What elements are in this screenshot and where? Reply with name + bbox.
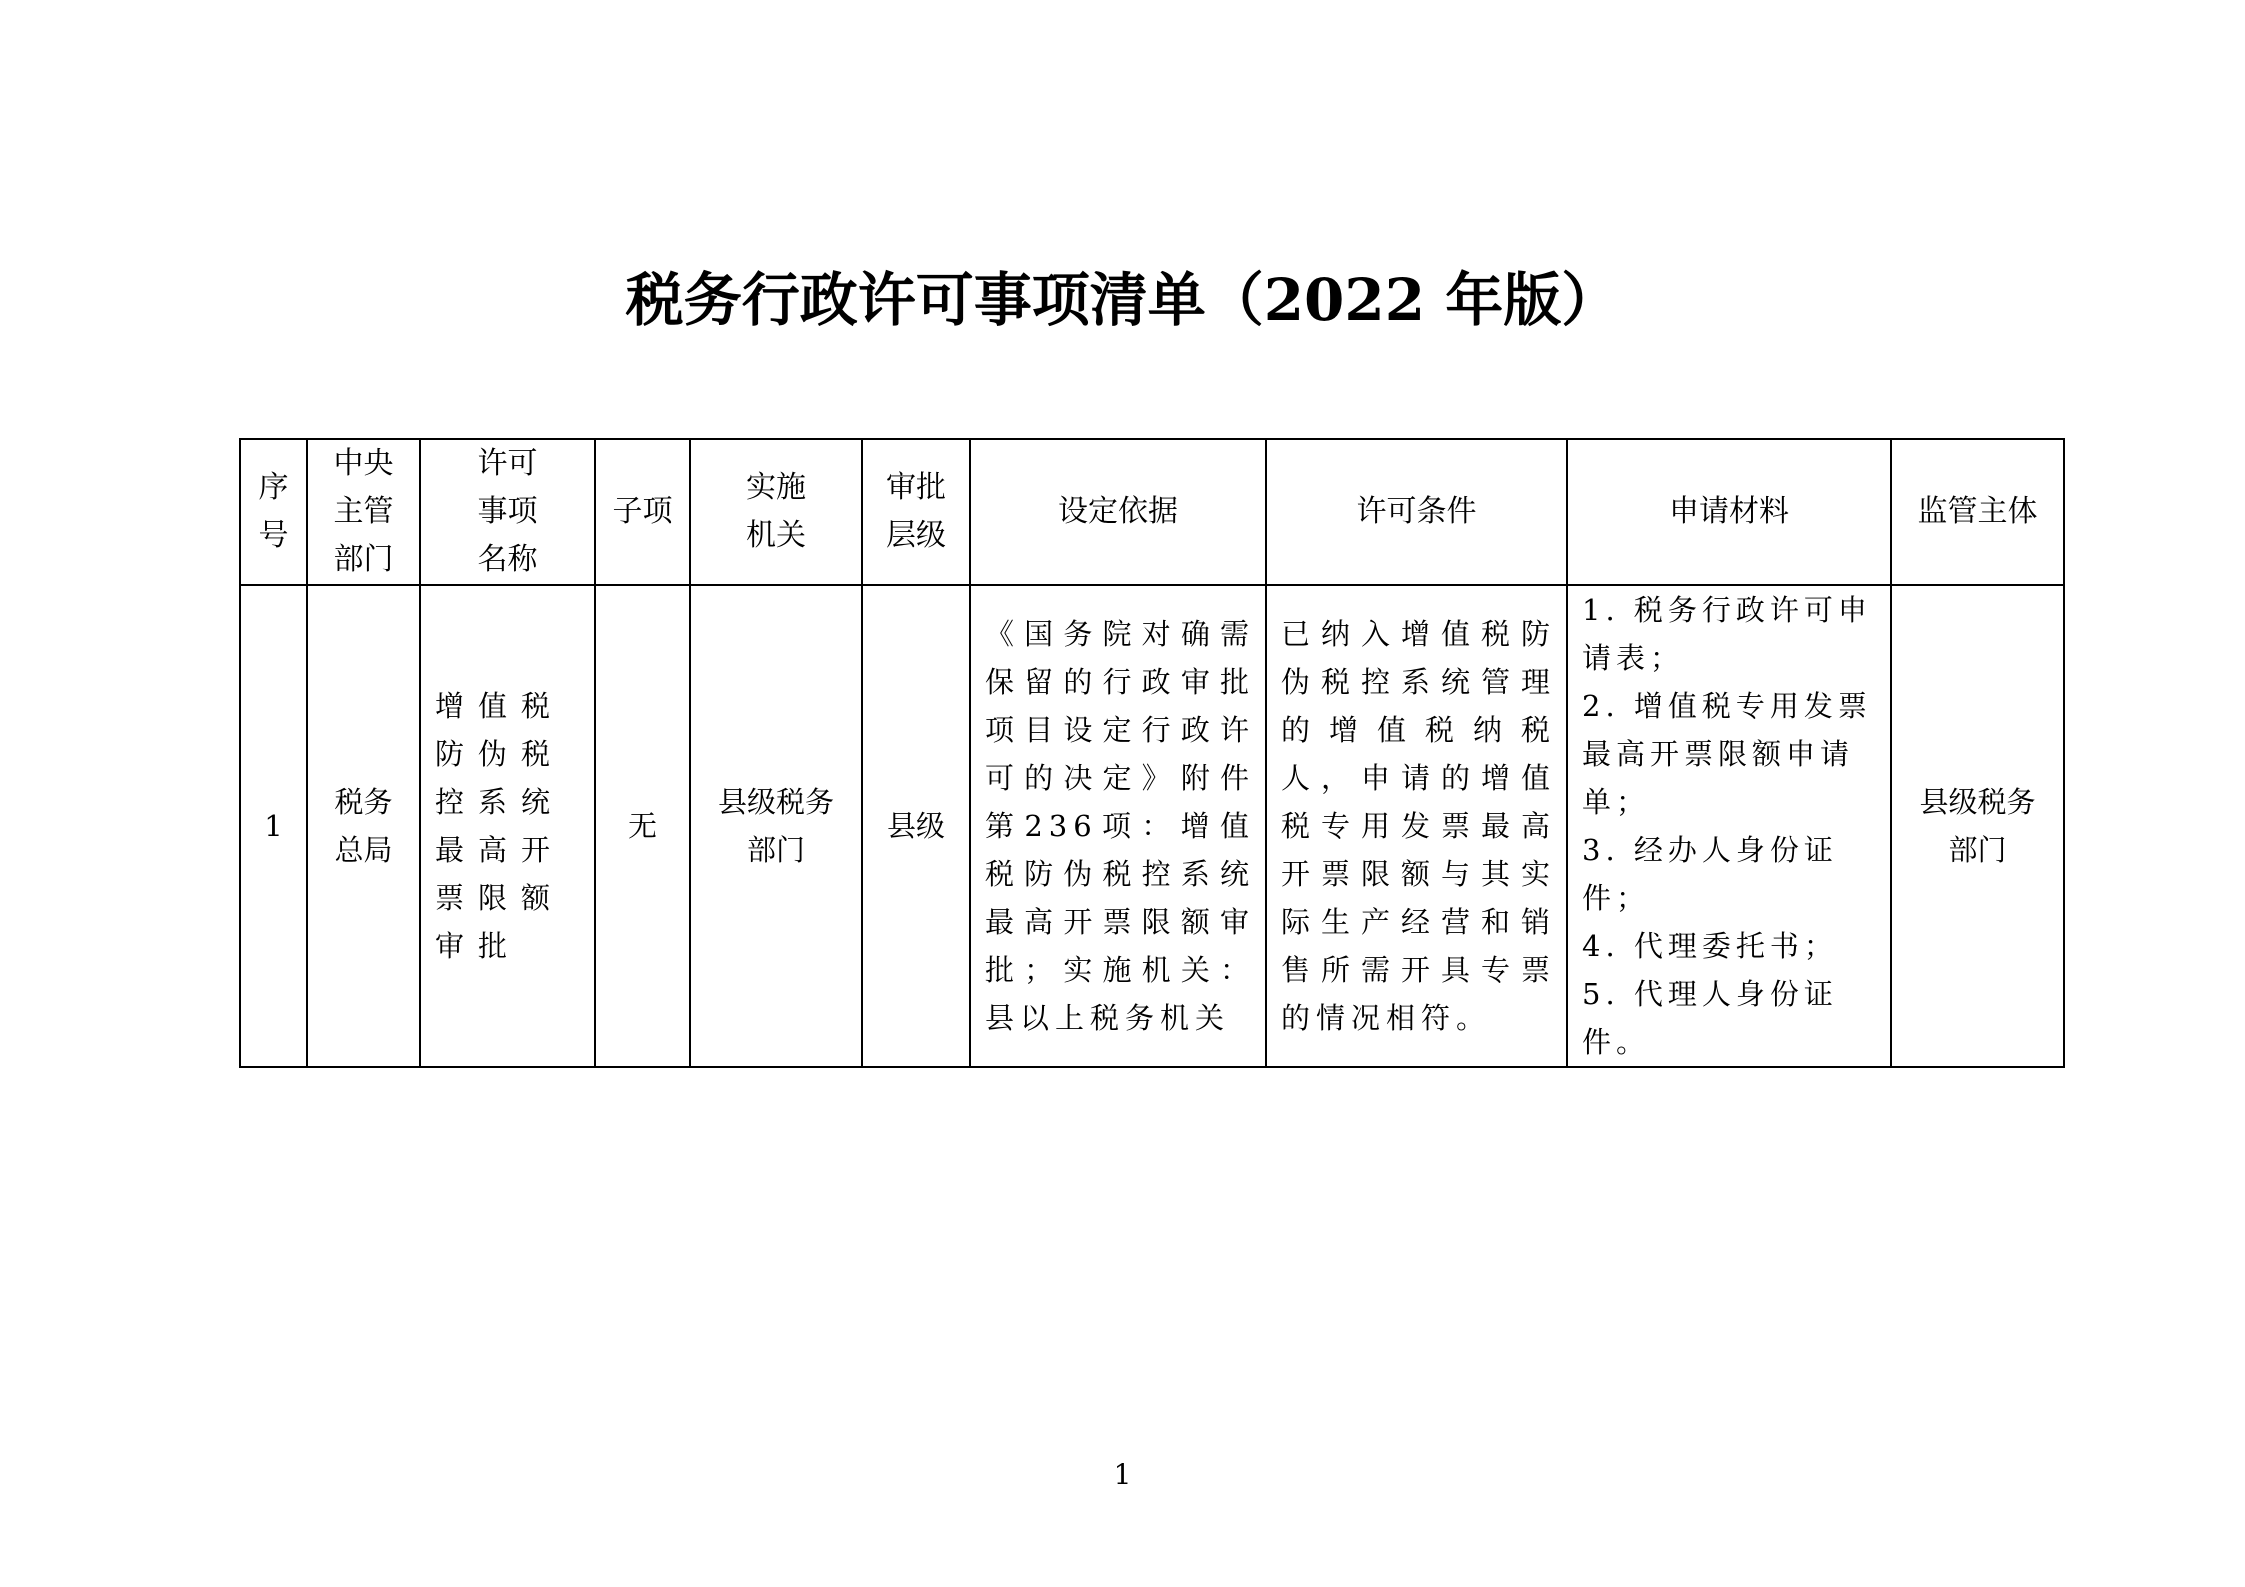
header-item-name-line: 名称 <box>421 536 594 584</box>
cell-supervisor: 县级税务 部门 <box>1891 585 2064 1067</box>
table-row: 1 税务 总局 增值税防伪税控系统最高开票限额审批 无 县级税务 部门 县级 《… <box>240 585 2064 1067</box>
header-seq: 序 号 <box>240 439 307 585</box>
header-item-name: 许可 事项 名称 <box>420 439 595 585</box>
header-central-dept: 中央 主管 部门 <box>307 439 420 585</box>
cell-central-dept-line: 税务 <box>308 778 419 826</box>
header-impl-agency-line: 实施 <box>691 464 861 512</box>
header-approval-level-line: 审批 <box>863 464 969 512</box>
cell-item-name: 增值税防伪税控系统最高开票限额审批 <box>420 585 595 1067</box>
cell-supervisor-line: 部门 <box>1892 826 2063 874</box>
header-central-dept-line: 中央 <box>308 440 419 488</box>
cell-conditions: 已纳入增值税防伪税控系统管理的增值税纳税人，申请的增值税专用发票最高开票限额与其… <box>1266 585 1567 1067</box>
header-central-dept-line: 主管 <box>308 488 419 536</box>
cell-approval-level: 县级 <box>862 585 970 1067</box>
list-item: 1. 税务行政许可申请表； <box>1582 586 1880 682</box>
cell-materials: 1. 税务行政许可申请表； 2. 增值税专用发票最高开票限额申请单； 3. 经办… <box>1567 585 1891 1067</box>
header-approval-level-line: 层级 <box>863 512 969 560</box>
header-approval-level: 审批 层级 <box>862 439 970 585</box>
header-basis: 设定依据 <box>970 439 1266 585</box>
header-sub-item: 子项 <box>595 439 690 585</box>
list-item: 3. 经办人身份证件； <box>1582 826 1880 922</box>
list-item: 2. 增值税专用发票最高开票限额申请单； <box>1582 682 1880 826</box>
cell-central-dept-line: 总局 <box>308 826 419 874</box>
header-item-name-line: 许可 <box>421 440 594 488</box>
header-item-name-line: 事项 <box>421 488 594 536</box>
header-impl-agency-line: 机关 <box>691 512 861 560</box>
table-header-row: 序 号 中央 主管 部门 许可 事项 名称 子项 实施 机关 审批 <box>240 439 2064 585</box>
materials-list: 1. 税务行政许可申请表； 2. 增值税专用发票最高开票限额申请单； 3. 经办… <box>1568 586 1890 1066</box>
page-number: 1 <box>0 1458 2245 1492</box>
permit-list-table: 序 号 中央 主管 部门 许可 事项 名称 子项 实施 机关 审批 <box>239 438 2065 1068</box>
header-conditions-line: 许可条件 <box>1267 488 1566 536</box>
header-conditions: 许可条件 <box>1266 439 1567 585</box>
list-item: 4. 代理委托书； <box>1582 922 1880 970</box>
header-materials: 申请材料 <box>1567 439 1891 585</box>
cell-seq: 1 <box>240 585 307 1067</box>
cell-basis: 《国务院对确需保留的行政审批项目设定行政许可的决定》附件第236项：增值税防伪税… <box>970 585 1266 1067</box>
cell-central-dept: 税务 总局 <box>307 585 420 1067</box>
cell-impl-agency-line: 县级税务 <box>691 778 861 826</box>
list-item: 5. 代理人身份证件。 <box>1582 970 1880 1066</box>
header-supervisor-line: 监管主体 <box>1892 488 2063 536</box>
header-supervisor: 监管主体 <box>1891 439 2064 585</box>
page-title: 税务行政许可事项清单（2022 年版） <box>0 262 2245 338</box>
header-seq-line: 序 <box>241 464 306 512</box>
header-materials-line: 申请材料 <box>1568 488 1890 536</box>
cell-impl-agency-line: 部门 <box>691 826 861 874</box>
header-sub-item-line: 子项 <box>596 488 689 536</box>
header-basis-line: 设定依据 <box>971 488 1265 536</box>
cell-impl-agency: 县级税务 部门 <box>690 585 862 1067</box>
header-impl-agency: 实施 机关 <box>690 439 862 585</box>
header-seq-line: 号 <box>241 512 306 560</box>
header-central-dept-line: 部门 <box>308 536 419 584</box>
cell-sub-item: 无 <box>595 585 690 1067</box>
cell-supervisor-line: 县级税务 <box>1892 778 2063 826</box>
